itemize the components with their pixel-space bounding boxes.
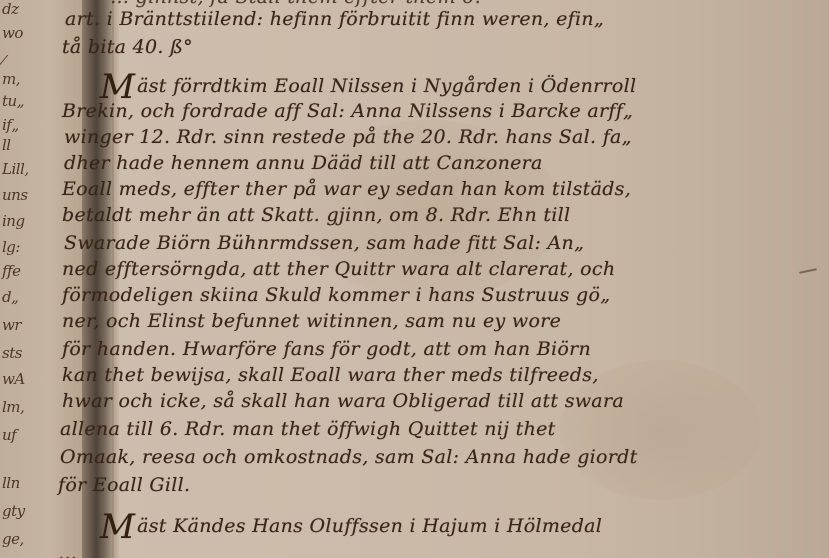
- left-page-fragment: uf: [2, 426, 16, 444]
- manuscript-line: kan thet bewijsa, skall Eoall wara ther …: [62, 364, 599, 386]
- manuscript-line: art. i Bränttstiilend: hefinn förbruitit…: [65, 8, 604, 30]
- left-page-fragment: wr: [2, 316, 21, 334]
- manuscript-line: Brekin, och fordrade aff Sal: Anna Nilss…: [62, 100, 633, 122]
- left-page-fragment: ll: [2, 136, 11, 154]
- left-page-fragment: Lill,: [2, 160, 29, 178]
- manuscript-line: förmodeligen skiina Skuld kommer i hans …: [62, 284, 610, 306]
- manuscript-line: winger 12. Rdr. sinn restede på the 20. …: [64, 126, 632, 148]
- left-page-fragment: uns: [2, 186, 28, 204]
- left-page-fragment: wo: [2, 24, 23, 42]
- manuscript-line: för handen. Hwarföre fans för godt, att …: [62, 338, 591, 360]
- manuscript-line: dher hade hennem annu Dääd till att Canz…: [64, 152, 543, 174]
- decorative-initial: M: [100, 507, 135, 547]
- left-page-fragment: m,: [2, 70, 20, 88]
- manuscript-line: för Eoall Gill.: [58, 474, 190, 496]
- manuscript-entry-heading: Mäst förrdtkim Eoall Nilssen i Nygården …: [100, 70, 636, 104]
- manuscript-line: ner, och Elinst befunnet witinnen, sam n…: [62, 310, 561, 332]
- manuscript-line-text: äst förrdtkim Eoall Nilssen i Nygården i…: [137, 75, 636, 97]
- manuscript-line: Swarade Biörn Bühnrmdssen, sam hade fitt…: [64, 232, 584, 254]
- left-page-fragment: if„: [2, 116, 19, 134]
- manuscript-line-text: äst Kändes Hans Oluffssen i Hajum i Hölm…: [137, 515, 602, 537]
- manuscript-line: Eoall meds, effter ther på war ey sedan …: [62, 178, 631, 200]
- manuscript-line: hwar och icke, så skall han wara Obliger…: [62, 390, 624, 412]
- manuscript-line: tå bita 40. ß°: [62, 36, 193, 58]
- manuscript-line-cut-off: … ginnst, fa Stall them effter them 6.: [110, 0, 481, 8]
- left-page-fragment: dz: [2, 0, 19, 18]
- left-page-fragment: lln: [2, 474, 20, 492]
- left-page-fragment: ge,: [2, 530, 24, 548]
- manuscript-line: allena till 6. Rdr. man thet öffwigh Qui…: [60, 418, 556, 440]
- manuscript-line: ned efftersörngda, att ther Quittr wara …: [62, 258, 615, 280]
- left-page-fragment: gty: [2, 502, 25, 520]
- left-page-fragment: ffe: [2, 262, 20, 280]
- manuscript-line: betaldt mehr än att Skatt. gjinn, om 8. …: [62, 204, 570, 226]
- left-page-fragment: ⁄: [2, 52, 4, 70]
- manuscript-page: … ginnst, fa Stall them effter them 6. a…: [120, 0, 829, 558]
- manuscript-entry-heading: Mäst Kändes Hans Oluffssen i Hajum i Höl…: [100, 510, 602, 544]
- left-page-fragment: lm,: [2, 398, 24, 416]
- left-page-fragment: sts: [2, 344, 22, 362]
- left-page-fragment: wA: [2, 370, 25, 388]
- manuscript-scan: dz wo ⁄ m, tu„ if„ ll Lill, uns ing lg: …: [0, 0, 829, 558]
- left-page-fragment: lg:: [2, 238, 20, 256]
- left-page-fragment: ing: [2, 212, 25, 230]
- left-page-fragment: tu„: [2, 92, 24, 110]
- manuscript-line: Omaak, reesa och omkostnads, sam Sal: An…: [60, 446, 638, 468]
- manuscript-line-cut-off: …: [58, 542, 77, 558]
- left-page-fragment: d„: [2, 288, 18, 306]
